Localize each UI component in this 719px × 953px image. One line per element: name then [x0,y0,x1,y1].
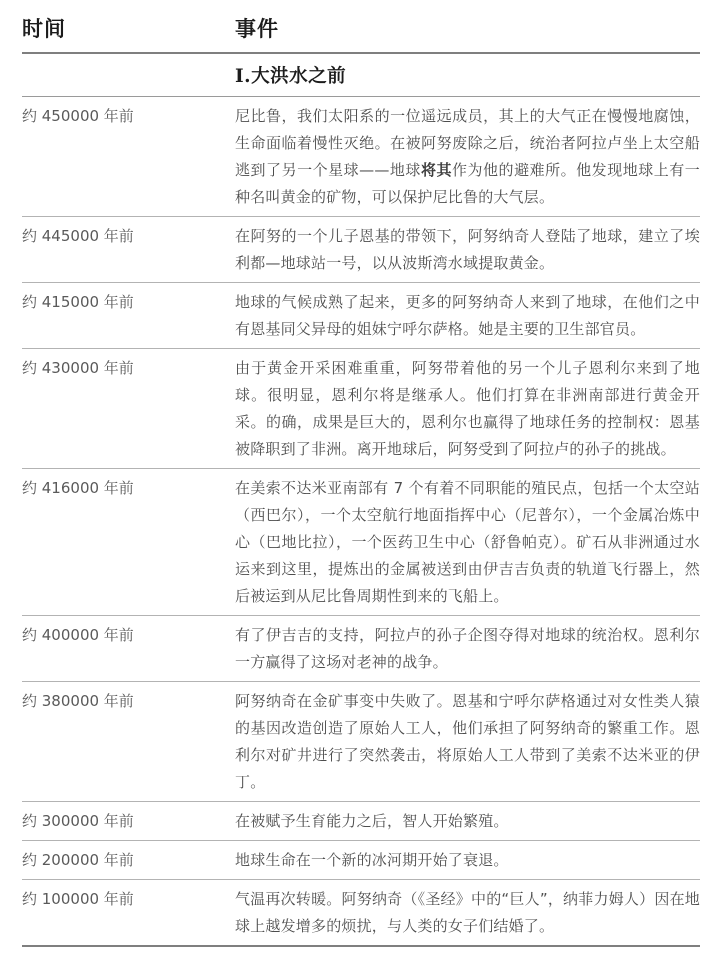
table-row: 约 450000 年前尼比鲁，我们太阳系的一位遥远成员，其上的大气正在慢慢地腐蚀… [22,97,700,217]
row-event: 在被赋予生育能力之后，智人开始繁殖。 [235,808,700,835]
event-text: 在阿努的一个儿子恩基的带领下，阿努纳奇人登陆了地球，建立了埃利都—地球站一号，以… [235,227,700,272]
row-event: 地球生命在一个新的冰河期开始了衰退。 [235,847,700,874]
row-time: 约 100000 年前 [22,886,235,940]
event-text: 由于黄金开采困难重重，阿努带着他的另一个儿子恩利尔来到了地球。很明显，恩利尔将是… [235,359,700,458]
row-time: 约 416000 年前 [22,475,235,610]
section-title: I.大洪水之前 [235,62,700,88]
row-event: 由于黄金开采困难重重，阿努带着他的另一个儿子恩利尔来到了地球。很明显，恩利尔将是… [235,355,700,463]
timeline-table: 时间 事件 I.大洪水之前 约 450000 年前尼比鲁，我们太阳系的一位遥远成… [22,0,700,947]
row-time: 约 400000 年前 [22,622,235,676]
table-row: 约 415000 年前地球的气候成熟了起来，更多的阿努纳奇人来到了地球，在他们之… [22,283,700,349]
event-text: 在美索不达米亚南部有 7 个有着不同职能的殖民点，包括一个太空站（西巴尔），一个… [235,479,700,605]
table-row: 约 416000 年前在美索不达米亚南部有 7 个有着不同职能的殖民点，包括一个… [22,469,700,616]
row-event: 在阿努的一个儿子恩基的带领下，阿努纳奇人登陆了地球，建立了埃利都—地球站一号，以… [235,223,700,277]
row-event: 气温再次转暖。阿努纳奇（《圣经》中的“巨人”，纳菲力姆人）因在地球上越发增多的烦… [235,886,700,940]
row-time: 约 445000 年前 [22,223,235,277]
row-time: 约 450000 年前 [22,103,235,211]
table-row: 约 100000 年前气温再次转暖。阿努纳奇（《圣经》中的“巨人”，纳菲力姆人）… [22,880,700,947]
column-header-event: 事件 [235,13,700,43]
event-text: 有了伊吉吉的支持，阿拉卢的孙子企图夺得对地球的统治权。恩利尔一方赢得了这场对老神… [235,626,700,671]
table-row: 约 445000 年前在阿努的一个儿子恩基的带领下，阿努纳奇人登陆了地球，建立了… [22,217,700,283]
section-header-spacer [22,62,235,88]
table-row: 约 380000 年前阿努纳奇在金矿事变中失败了。恩基和宁呼尔萨格通过对女性类人… [22,682,700,802]
row-event: 有了伊吉吉的支持，阿拉卢的孙子企图夺得对地球的统治权。恩利尔一方赢得了这场对老神… [235,622,700,676]
section-header-row: I.大洪水之前 [22,54,700,97]
table-row: 约 430000 年前由于黄金开采困难重重，阿努带着他的另一个儿子恩利尔来到了地… [22,349,700,469]
table-row: 约 400000 年前有了伊吉吉的支持，阿拉卢的孙子企图夺得对地球的统治权。恩利… [22,616,700,682]
row-time: 约 380000 年前 [22,688,235,796]
event-text: 地球的气候成熟了起来，更多的阿努纳奇人来到了地球，在他们之中有恩基同父异母的姐妹… [235,293,700,338]
table-header-row: 时间 事件 [22,0,700,54]
table-row: 约 300000 年前在被赋予生育能力之后，智人开始繁殖。 [22,802,700,841]
table-row: 约 200000 年前地球生命在一个新的冰河期开始了衰退。 [22,841,700,880]
timeline-rows: 约 450000 年前尼比鲁，我们太阳系的一位遥远成员，其上的大气正在慢慢地腐蚀… [22,97,700,947]
document-page: 时间 事件 I.大洪水之前 约 450000 年前尼比鲁，我们太阳系的一位遥远成… [0,0,719,953]
row-time: 约 200000 年前 [22,847,235,874]
event-text: 阿努纳奇在金矿事变中失败了。恩基和宁呼尔萨格通过对女性类人猿的基因改造创造了原始… [235,692,700,791]
row-event: 阿努纳奇在金矿事变中失败了。恩基和宁呼尔萨格通过对女性类人猿的基因改造创造了原始… [235,688,700,796]
event-text: 地球生命在一个新的冰河期开始了衰退。 [235,851,509,869]
event-text: 气温再次转暖。阿努纳奇（《圣经》中的“巨人”，纳菲力姆人）因在地球上越发增多的烦… [235,890,700,935]
event-text: 在被赋予生育能力之后，智人开始繁殖。 [235,812,509,830]
row-time: 约 430000 年前 [22,355,235,463]
row-time: 约 300000 年前 [22,808,235,835]
row-time: 约 415000 年前 [22,289,235,343]
emphasized-text: 将其 [421,161,452,179]
column-header-time: 时间 [22,13,235,43]
row-event: 地球的气候成熟了起来，更多的阿努纳奇人来到了地球，在他们之中有恩基同父异母的姐妹… [235,289,700,343]
row-event: 在美索不达米亚南部有 7 个有着不同职能的殖民点，包括一个太空站（西巴尔），一个… [235,475,700,610]
row-event: 尼比鲁，我们太阳系的一位遥远成员，其上的大气正在慢慢地腐蚀，生命面临着慢性灭绝。… [235,103,700,211]
